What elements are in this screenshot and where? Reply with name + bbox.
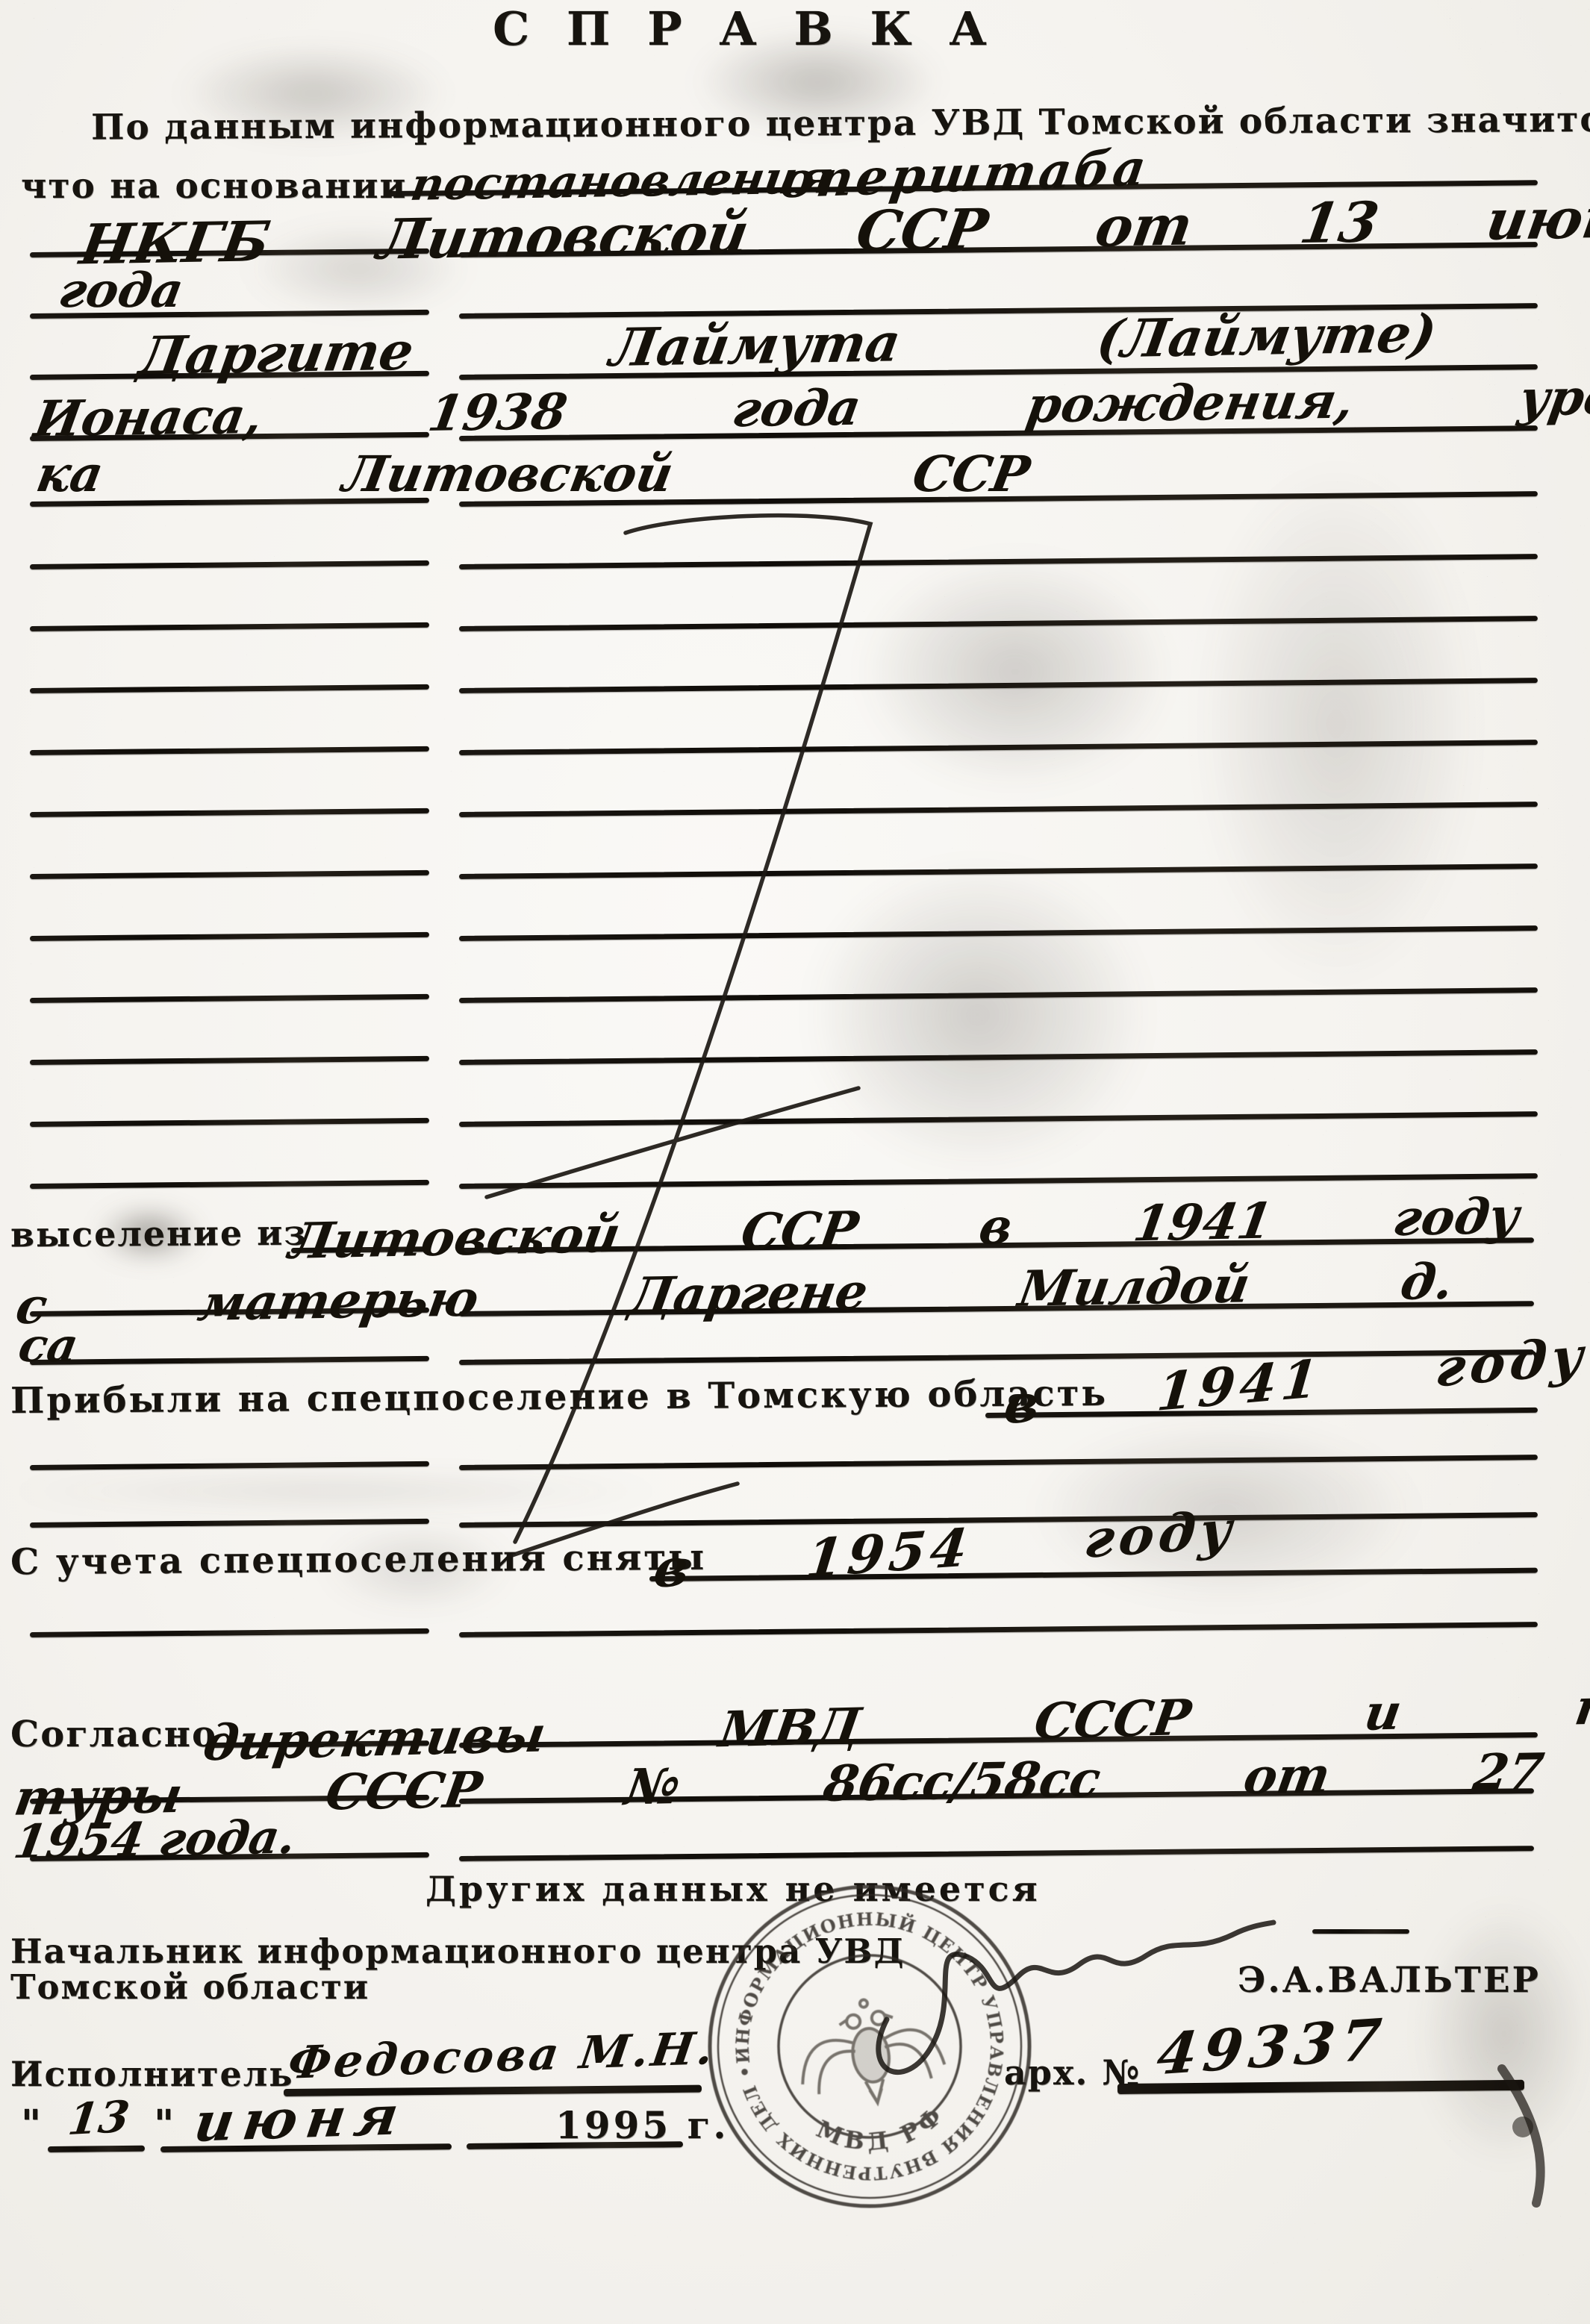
person-line3: ка Литовской ССР <box>32 445 1034 503</box>
paper-smudge <box>858 552 1172 791</box>
ruled-line <box>459 678 1538 693</box>
ruled-line <box>459 1111 1538 1127</box>
basis-handwritten-line3: года <box>54 263 187 319</box>
eviction-label: выселение из <box>10 1213 308 1255</box>
date-close-quote: " <box>154 2102 174 2147</box>
ruled-line <box>30 746 429 755</box>
date-open-quote: " <box>21 2102 41 2147</box>
scanned-certificate-page: С П Р А В К А По данным информационного … <box>0 0 1590 2324</box>
ruled-line <box>459 1846 1534 1861</box>
ruled-line <box>30 1118 429 1127</box>
ruled-line <box>30 1180 429 1189</box>
ruled-line <box>459 1455 1538 1470</box>
ruled-line <box>30 1056 429 1065</box>
ruled-line <box>1312 1929 1409 1934</box>
ruled-line <box>459 554 1538 569</box>
ruled-line <box>459 987 1538 1003</box>
eviction-handwritten-line3: са <box>15 1318 83 1372</box>
paper-smudge <box>0 1474 672 1508</box>
arrival-value: в 1941 году <box>1002 1325 1590 1437</box>
ruled-line <box>459 616 1538 631</box>
stamp-inner-ring <box>767 1943 973 2149</box>
ruled-line <box>30 1628 429 1637</box>
ruled-line <box>30 560 429 569</box>
intro-line: По данным информационного центра УВД Том… <box>91 99 1590 149</box>
chief-name: Э.А.ВАЛЬТЕР <box>1238 1960 1541 2001</box>
ruled-line <box>30 1356 429 1365</box>
ruled-line <box>459 1173 1538 1189</box>
stamp-outer-ring-2 <box>699 1875 1041 2218</box>
directive-handwritten-line3: 1954 года. <box>10 1810 300 1869</box>
basis-label: что на основании <box>21 166 407 207</box>
archive-number: 49337 <box>1154 2005 1391 2087</box>
directive-label: Согласно <box>10 1714 217 1755</box>
svg-text:МВД РФ: МВД РФ <box>809 2097 955 2165</box>
arrival-label: Прибыли на спецпоселение в Томскую облас… <box>10 1372 1108 1422</box>
ruled-line <box>459 802 1538 817</box>
date-year: 1995 г. <box>555 2103 729 2147</box>
ruled-line <box>30 870 429 879</box>
ruled-line <box>30 994 429 1003</box>
release-value: в 1954 году <box>651 1498 1240 1600</box>
ruled-line <box>459 863 1538 879</box>
ruled-line <box>459 1622 1538 1637</box>
ruled-line <box>30 622 429 631</box>
date-month: июня <box>190 2083 411 2154</box>
archive-label: арх. № <box>1004 2052 1141 2093</box>
executor-name: Федосова М.Н. <box>284 2022 720 2090</box>
ruled-line <box>48 2146 145 2152</box>
ruled-line <box>30 1519 429 1528</box>
paper-smudge <box>1194 463 1478 985</box>
paper-smudge <box>806 858 1150 1172</box>
ruled-line <box>30 932 429 941</box>
stamp-outer-ring <box>689 1866 1050 2226</box>
chief-title-line1: Начальник информационного центра УВД <box>10 1931 905 1971</box>
ruled-line <box>459 925 1538 941</box>
date-day: 13 <box>65 2091 132 2145</box>
eagle-emblem-icon <box>792 1990 948 2112</box>
ruled-line <box>459 740 1538 755</box>
no-other-data-line: Других данных не имеется <box>425 1869 1041 1909</box>
ruled-line <box>30 808 429 817</box>
certificate-title: С П Р А В К А <box>493 1 997 56</box>
stamp-center-text: МВД РФ <box>809 2097 955 2165</box>
ruled-line <box>30 1461 429 1470</box>
official-stamp: ИНФОРМАЦИОННЫЙ ЦЕНТР УПРАВЛЕНИЯ ВНУТРЕНН… <box>676 1852 1064 2240</box>
ruled-line <box>459 1049 1538 1065</box>
paper-smudge <box>1418 1903 1590 2164</box>
release-label: С учета спецпоселения сняты <box>10 1537 706 1584</box>
ruled-line <box>30 684 429 693</box>
chief-title-line2: Томской области <box>10 1967 370 2007</box>
